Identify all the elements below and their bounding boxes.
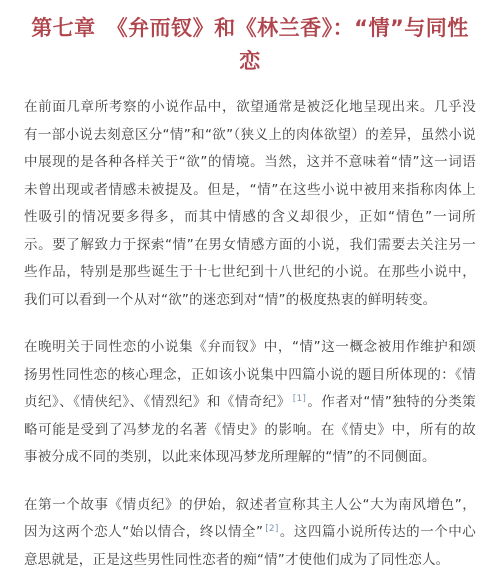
footnote-ref-1[interactable]: [1] <box>293 394 306 404</box>
paragraph-3: 在第一个故事《情贞纪》的伊始，叙述者宣称其主人公“大为南风增色”，因为这两个恋人… <box>24 492 476 575</box>
document-page: 第七章 《弁而钗》和《林兰香》：“情”与同性恋 在前面几章所考察的小说作品中，欲… <box>0 0 500 580</box>
page-title: 第七章 《弁而钗》和《林兰香》：“情”与同性恋 <box>26 12 474 78</box>
footnote-ref-2[interactable]: [2] <box>265 524 278 534</box>
paragraph-2: 在晚明关于同性恋的小说集《弁而钗》中，“情”这一概念被用作维护和颂扬男性同性恋的… <box>24 334 476 472</box>
paragraph-1-text: 在前面几章所考察的小说作品中，欲望通常是被泛化地呈现出来。几乎没有一部小说去刻意… <box>24 99 476 308</box>
paragraph-1: 在前面几章所考察的小说作品中，欲望通常是被泛化地呈现出来。几乎没有一部小说去刻意… <box>24 94 476 314</box>
